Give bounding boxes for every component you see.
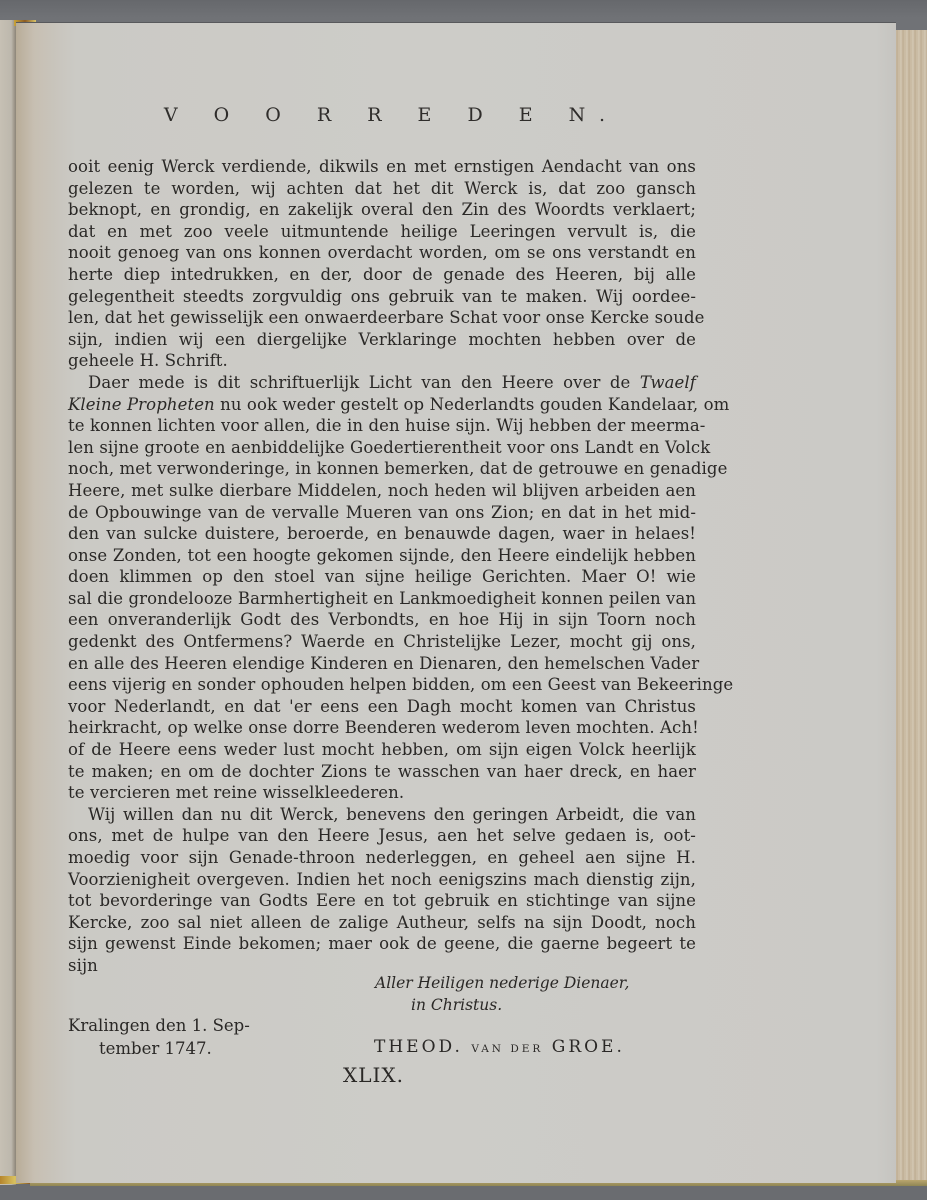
text-line: dat en met zoo veele uitmuntende heilige…: [68, 221, 696, 243]
text-line: sijn gewenst Einde bekomen; maer ook de …: [68, 933, 696, 955]
text-line: of de Heere eens weder lust mocht hebben…: [68, 739, 696, 761]
text-line: Kleine Propheten nu ook weder gestelt op…: [68, 394, 696, 416]
paragraph-1: ooit eenig Werck verdiende, dikwils en m…: [68, 156, 696, 372]
italic-title: Kleine Propheten: [68, 395, 215, 414]
text-line: ons, met de hulpe van den Heere Jesus, a…: [68, 825, 696, 847]
text-line: eens vijerig en sonder ophouden helpen b…: [68, 674, 696, 696]
text-line: moedig voor sijn Genade-throon nederlegg…: [68, 847, 696, 869]
page-text: V O O R R E D E N. ooit eenig Werck verd…: [68, 104, 696, 977]
text-line: ooit eenig Werck verdiende, dikwils en m…: [68, 156, 696, 178]
text-line: den van sulcke duistere, beroerde, en be…: [68, 523, 696, 545]
text-span: nu ook weder gestelt op Nederlandts goud…: [215, 395, 730, 414]
previous-page-edge: [0, 20, 16, 1185]
text-line: doen klimmen op den stoel van sijne heil…: [68, 566, 696, 588]
text-line: sal die grondelooze Barmhertigheit en La…: [68, 588, 696, 610]
text-line: Daer mede is dit schriftuerlijk Licht va…: [68, 372, 696, 394]
signature: THEOD. van der GROE.: [374, 1037, 625, 1057]
text-line: onse Zonden, tot een hoogte gekomen sijn…: [68, 545, 696, 567]
page-number: XLIX.: [343, 1063, 404, 1087]
text-span: Daer mede is dit schriftuerlijk Licht va…: [88, 373, 640, 392]
page-heading: V O O R R E D E N.: [68, 104, 696, 126]
text-line: geheele H. Schrift.: [68, 350, 696, 372]
page-block-edge: [893, 30, 927, 1180]
text-line: Wij willen dan nu dit Werck, benevens de…: [68, 804, 696, 826]
text-line: heirkracht, op welke onse dorre Beendere…: [68, 717, 696, 739]
text-line: tot bevorderinge van Godts Eere en tot g…: [68, 890, 696, 912]
text-line: noch, met verwonderinge, in konnen bemer…: [68, 458, 696, 480]
text-line: voor Nederlandt, en dat 'er eens een Dag…: [68, 696, 696, 718]
text-line: een onveranderlijk Godt des Verbondts, e…: [68, 609, 696, 631]
italic-title: Twaelf: [640, 373, 696, 392]
text-line: nooit genoeg van ons konnen overdacht wo…: [68, 242, 696, 264]
paragraph-2: Daer mede is dit schriftuerlijk Licht va…: [68, 372, 696, 804]
text-line: te konnen lichten voor allen, die in den…: [68, 415, 696, 437]
text-line: len, dat het gewisselijk een onwaerdeerb…: [68, 307, 696, 329]
closing-salutation-2: in Christus.: [411, 996, 502, 1014]
signature-first: THEOD.: [374, 1037, 463, 1057]
signature-particle: van der: [471, 1043, 543, 1055]
text-line: en alle des Heeren elendige Kinderen en …: [68, 653, 696, 675]
text-line: de Opbouwinge van de vervalle Mueren van…: [68, 502, 696, 524]
text-line: Kercke, zoo sal niet alleen de zalige Au…: [68, 912, 696, 934]
text-line: gelezen te worden, wij achten dat het di…: [68, 178, 696, 200]
text-line: Voorzienigheit overgeven. Indien het noc…: [68, 869, 696, 891]
text-line: Heere, met sulke dierbare Middelen, noch…: [68, 480, 696, 502]
closing-salutation: Aller Heiligen nederige Dienaer,: [375, 974, 629, 992]
text-line: te maken; en om de dochter Zions te wass…: [68, 761, 696, 783]
text-line: gelegentheit steedts zorgvuldig ons gebr…: [68, 286, 696, 308]
text-line: len sijne groote en aenbiddelijke Goeder…: [68, 437, 696, 459]
place-date-line-2: tember 1747.: [99, 1038, 212, 1060]
text-line: beknopt, en grondig, en zakelijk overal …: [68, 199, 696, 221]
signature-last: GROE.: [552, 1037, 625, 1057]
paragraph-3: Wij willen dan nu dit Werck, benevens de…: [68, 804, 696, 977]
text-line: te vercieren met reine wisselkleederen.: [68, 782, 696, 804]
text-line: sijn, indien wij een diergelijke Verklar…: [68, 329, 696, 351]
place-date-line-1: Kralingen den 1. Sep-: [68, 1015, 250, 1037]
text-line: gedenkt des Ontfermens? Waerde en Christ…: [68, 631, 696, 653]
text-line: herte diep intedrukken, en der, door de …: [68, 264, 696, 286]
